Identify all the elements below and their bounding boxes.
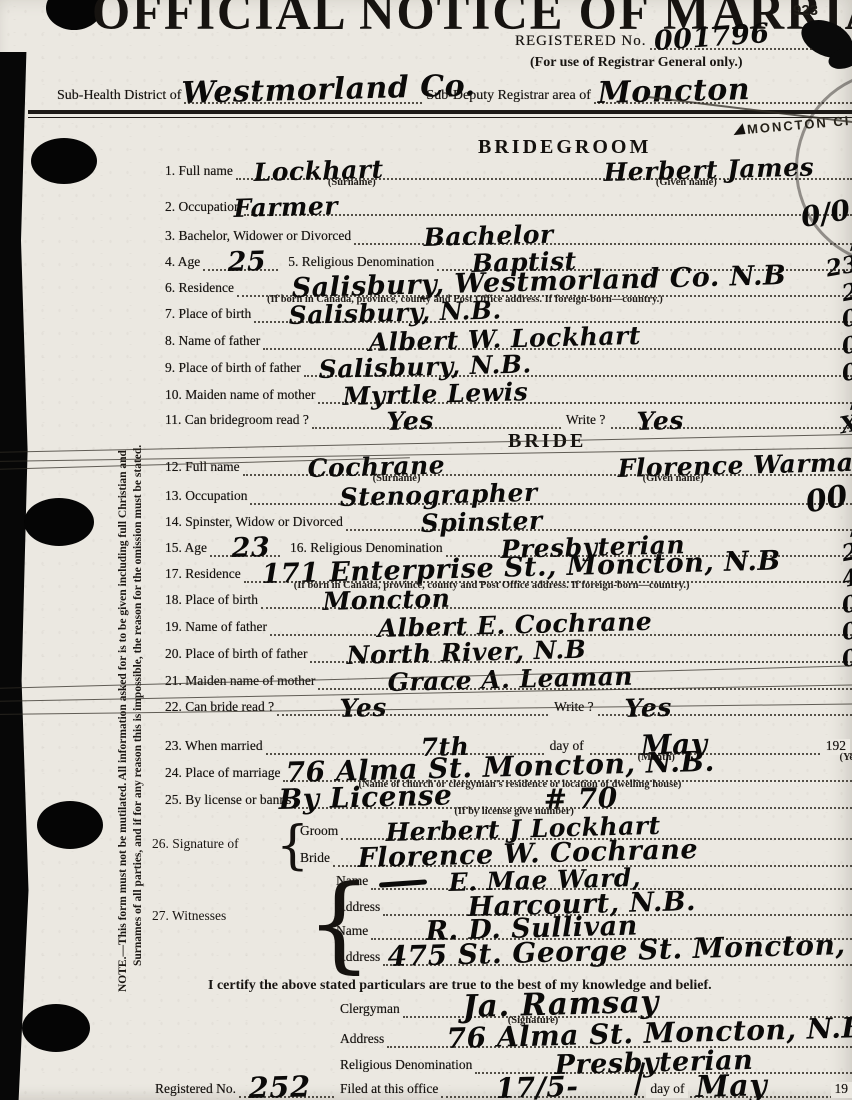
filed-value: 17/5-	[496, 1073, 580, 1100]
witnesses-label: 27. Witnesses	[152, 908, 226, 924]
bride-occupation: Stenographer	[340, 480, 539, 510]
dotted-line: By License # 70 (If by license give numb…	[294, 790, 852, 809]
clergyman-label: Clergyman	[340, 1002, 403, 1018]
bride-birthplace-row: 18. Place of birth Moncton 0	[165, 592, 852, 609]
dotted-line: Albert E. Cochrane 0	[270, 617, 852, 636]
dotted-line: Salisbury, N.B. 0	[304, 358, 852, 377]
groom-mother-row: 10. Maiden name of mother Myrtle Lewis /	[165, 387, 852, 404]
marriage-notice-document: NOTE.—This form must not be mutilated. A…	[0, 0, 852, 1100]
dotted-line: Myrtle Lewis /	[318, 385, 852, 404]
bride-father-row: 19. Name of father Albert E. Cochrane 0	[165, 619, 852, 636]
punch-hole	[31, 138, 97, 184]
dotted-line: Moncton	[594, 85, 852, 104]
field-label: 17. Residence	[165, 567, 244, 583]
field-label: 14. Spinster, Widow or Divorced	[165, 515, 346, 531]
margin-code: 0	[840, 592, 852, 617]
footer-year-printed: 19	[831, 1082, 852, 1098]
bride-age: 23	[231, 534, 270, 562]
margin-code: 0	[840, 619, 852, 644]
margin-note-line2: Surnames of all parties, and if for any …	[131, 445, 146, 992]
bride-status-row: 14. Spinster, Widow or Divorced Spinster…	[165, 514, 852, 531]
groom-can-write: Yes	[636, 408, 684, 434]
witness1-name-row: Name E. Mae Ward,	[336, 873, 852, 890]
field-label: 7. Place of birth	[165, 307, 254, 323]
signature-of-label: 26. Signature of	[152, 836, 239, 852]
groom-father-row: 8. Name of father Albert W. Lockhart 0	[165, 333, 852, 350]
dotted-line: Grace A. Leaman	[318, 671, 852, 690]
groom-status: Bachelor	[423, 222, 554, 250]
bride-occupation-row: 13. Occupation Stenographer 00	[165, 488, 852, 505]
dotted-line: Bachelor /	[354, 226, 852, 245]
field-label: 8. Name of father	[165, 334, 263, 350]
dotted-line: E. Mae Ward,	[371, 871, 852, 890]
footer-row: Registered No. 252 Filed at this office …	[155, 1081, 852, 1098]
write-label: Write ?	[550, 700, 598, 716]
field-label: 25. By license or banns	[165, 793, 294, 809]
footer-registered-label: Registered No.	[155, 1082, 239, 1098]
dotted-line: Stenographer 00	[250, 486, 852, 505]
header-rule	[28, 110, 852, 114]
groom-status-row: 3. Bachelor, Widower or Divorced Bachelo…	[165, 228, 852, 245]
given-name-sublabel: (Given name)	[643, 474, 704, 485]
denomination-row: Religious Denomination Presbyterian	[340, 1057, 852, 1074]
margin-code: /	[848, 514, 852, 538]
field-label: 3. Bachelor, Widower or Divorced	[165, 229, 354, 245]
address-label: Address	[340, 1032, 387, 1048]
address-label: Address	[336, 950, 383, 966]
groom-age: 25	[228, 248, 267, 276]
dotted-line: Moncton 0	[261, 590, 852, 609]
footer-registered-value: 252	[248, 1072, 311, 1100]
registrar-use-note: (For use of Registrar General only.)	[530, 55, 743, 71]
filed-label: Filed at this office	[334, 1082, 441, 1098]
field-label: 22. Can bride read ?	[165, 700, 277, 716]
dotted-line: 76 Alma St. Moncton, N.B	[387, 1029, 852, 1048]
year-sublabel: (Year	[840, 753, 852, 764]
field-label: 11. Can bridegroom read ?	[165, 413, 312, 429]
groom-full-name-row: 1. Full name Lockhart Herbert James (Sur…	[165, 163, 852, 180]
field-label: 19. Name of father	[165, 620, 270, 636]
filed-month: May	[696, 1071, 768, 1100]
margin-code: 23	[824, 252, 852, 280]
margin-code: 0	[840, 360, 852, 385]
dotted-line: Spinster /	[346, 512, 852, 531]
field-label: 24. Place of marriage	[165, 766, 283, 782]
margin-code: 0	[840, 333, 852, 358]
registered-no-value: 001796	[653, 20, 770, 55]
write-label: Write ?	[562, 413, 610, 429]
margin-note-line1: NOTE.—This form must not be mutilated. A…	[116, 445, 131, 992]
header-rule-thin	[28, 117, 852, 118]
dotted-line: North River, N.B 0	[310, 644, 852, 663]
margin-code: 0	[840, 646, 852, 671]
field-label: 4. Age	[165, 255, 203, 271]
groom-residence-row: 6. Residence Salisbury, Westmorland Co. …	[165, 280, 852, 297]
field-label: 6. Residence	[165, 281, 237, 297]
given-name-sublabel: (Given name)	[656, 178, 717, 189]
dotted-line: Salisbury, N.B. 0	[254, 304, 852, 323]
groom-birthplace: Salisbury, N.B.	[289, 297, 503, 328]
groom-occupation: Farmer	[233, 193, 338, 221]
dotted-line: 001796	[650, 31, 813, 50]
license-value: By License	[279, 781, 453, 814]
punch-hole	[24, 498, 94, 546]
bride-birthplace: Moncton	[322, 586, 450, 614]
field-label: 23. When married	[165, 739, 266, 755]
groom-birthplace-row: 7. Place of birth Salisbury, N.B. 0	[165, 306, 852, 323]
district-label: Sub-Health District of	[57, 88, 184, 104]
margin-code: /	[848, 387, 852, 411]
bride-status: Spinster	[420, 508, 543, 536]
field-label: 10. Maiden name of mother	[165, 388, 318, 404]
name-label: Name	[336, 874, 371, 890]
bride-father-birthplace-row: 20. Place of birth of father North River…	[165, 646, 852, 663]
field-label: 15. Age	[165, 541, 210, 557]
clergyman-address-row: Address 76 Alma St. Moncton, N.B	[340, 1031, 852, 1048]
groom-can-read: Yes	[386, 408, 434, 434]
dotted-line: Salisbury, Westmorland Co. N.B (If born …	[237, 278, 852, 297]
name-label: Name	[336, 924, 371, 940]
field-label: 13. Occupation	[165, 489, 250, 505]
district-row: Sub-Health District of Westmorland Co. S…	[57, 87, 852, 104]
dotted-line: Westmorland Co.	[184, 85, 422, 104]
registered-no-label: REGISTERED No.	[515, 33, 650, 51]
margin-note: NOTE.—This form must not be mutilated. A…	[116, 445, 146, 992]
dotted-line: 76 Alma St. Moncton, N.B. (Name of churc…	[283, 763, 852, 782]
place-of-marriage-row: 24. Place of marriage 76 Alma St. Moncto…	[165, 765, 852, 782]
field-label: 9. Place of birth of father	[165, 361, 304, 377]
bride-can-read: Yes	[339, 695, 387, 721]
field-label: 20. Place of birth of father	[165, 647, 310, 663]
groom-literacy-row: 11. Can bridegroom read ? Yes Write ? Ye…	[165, 412, 852, 429]
field-label: 2. Occupation	[165, 200, 244, 216]
dotted-line: 252	[239, 1079, 334, 1098]
dotted-line: 25	[203, 252, 278, 271]
surname-sublabel: (Surname)	[328, 178, 376, 189]
field-label: 5. Religious Denomination	[278, 255, 437, 271]
dotted-line: Farmer 0/0	[244, 197, 852, 216]
witness2-address-row: Address 475 St. George St. Moncton, N.B	[336, 949, 852, 966]
groom-mother: Myrtle Lewis	[343, 379, 529, 409]
address-label: Address	[336, 900, 383, 916]
registered-no-row: REGISTERED No. 001796	[515, 33, 812, 50]
license-row: 25. By license or banns By License # 70 …	[165, 792, 852, 809]
day-of-label: day of	[646, 1082, 688, 1098]
field-label: 1. Full name	[165, 164, 236, 180]
margin-code: 2	[840, 280, 852, 305]
stamp-wedge-icon	[733, 123, 746, 135]
dotted-line: Albert W. Lockhart 0	[263, 331, 852, 350]
deputy-value: Moncton	[597, 75, 750, 109]
bridegroom-heading: BRIDEGROOM	[478, 136, 651, 159]
margin-code: 0	[840, 306, 852, 331]
year-stamp: 923	[793, 2, 818, 19]
dotted-line: 475 St. George St. Moncton, N.B	[383, 947, 852, 966]
groom-label: Groom	[300, 824, 341, 840]
dotted-line: Yes Write ? Yes X	[312, 410, 852, 429]
punch-hole	[22, 1004, 90, 1052]
bride-can-write: Yes	[624, 695, 672, 721]
ink-scratch	[379, 879, 427, 887]
field-label: 18. Place of birth	[165, 593, 261, 609]
groom-occupation-row: 2. Occupation Farmer 0/0	[165, 199, 852, 216]
dotted-line: Lockhart Herbert James (Surname) (Given …	[236, 161, 852, 180]
groom-father-birthplace-row: 9. Place of birth of father Salisbury, N…	[165, 360, 852, 377]
district-value: Westmorland Co.	[182, 71, 477, 109]
scan-black-edge	[0, 52, 30, 1100]
bride-residence-row: 17. Residence 171 Enterprise St., Moncto…	[165, 566, 852, 583]
dotted-line: 171 Enterprise St., Moncton, N.B (If bor…	[244, 564, 852, 583]
punch-hole	[37, 801, 103, 849]
margin-code: 2	[840, 540, 852, 565]
dotted-line: 17/5- day of May 19	[441, 1079, 852, 1098]
denomination-label: Religious Denomination	[340, 1058, 475, 1074]
dotted-line: 23	[210, 538, 280, 557]
margin-code: 4	[840, 566, 852, 591]
